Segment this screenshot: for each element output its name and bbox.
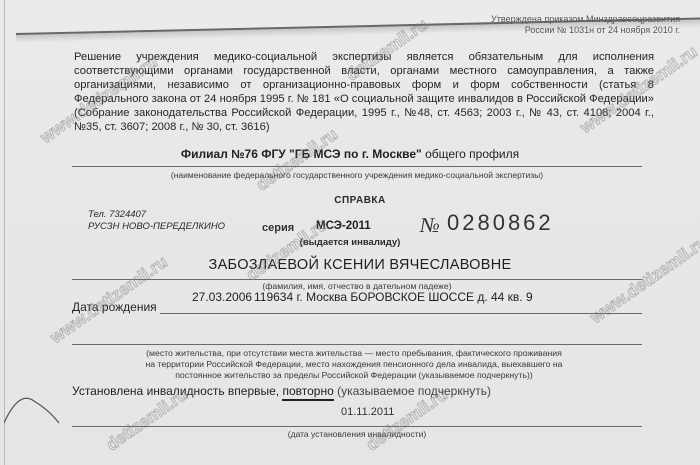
disability-date-rule (72, 426, 642, 427)
disability-date-caption: (дата установления инвалидности) (72, 429, 642, 439)
certificate-number: 0280862 (447, 210, 554, 236)
status-suffix: (указываемое подчеркнуть) (337, 384, 491, 398)
document-title: СПРАВКА (300, 195, 420, 206)
full-name-rule (72, 279, 642, 280)
institution-name-bold: Филиал №76 ФГУ "ГБ МСЭ по г. Москве" (181, 147, 422, 161)
residence-rule (72, 344, 642, 345)
stamp: Тел. 7324407 РУСЗН НОВО-ПЕРЕДЕЛКИНО (88, 209, 225, 233)
stamp-org: РУСЗН НОВО-ПЕРЕДЕЛКИНО (88, 221, 225, 233)
residence-caption-line-2: на территории Российской Федерации, мест… (88, 359, 620, 370)
institution-profile: общего профиля (425, 147, 519, 161)
address-value: 119634 г. Москва БОРОВСКОЕ ШОССЕ д. 44 к… (254, 290, 533, 304)
status-prefix: Установлена инвалидность впервые, (72, 384, 279, 398)
approval-note: Утверждена приказом Минздравсоцразвития … (480, 14, 680, 36)
series-label: серия (262, 222, 294, 234)
status-selected: повторно (282, 384, 333, 401)
preamble-text: Решение учреждения медико-социальной экс… (74, 50, 654, 134)
residence-caption-line-3: постоянное жительство за пределы Российс… (88, 370, 620, 381)
disability-date: 01.11.2011 (341, 406, 394, 418)
stamp-phone: Тел. 7324407 (88, 209, 225, 221)
number-sign: № (420, 213, 440, 238)
residence-caption: (место жительства, при отсутствии места … (88, 348, 620, 381)
full-name: ЗАБОЗЛАЕВОЙ КСЕНИИ ВЯЧЕСЛАВОВНЕ (120, 257, 600, 273)
dob-label: Дата рождения (72, 300, 157, 314)
issued-to-note: (выдается инвалиду) (250, 237, 450, 248)
dob-value: 27.03.2006 (192, 290, 252, 304)
approval-line-1: Утверждена приказом Минздравсоцразвития (480, 14, 680, 25)
residence-caption-line-1: (место жительства, при отсутствии места … (88, 348, 620, 359)
approval-line-2: России № 1031н от 24 ноября 2010 г. (480, 25, 680, 36)
institution-caption: (наименование федерального государственн… (72, 170, 642, 180)
institution-rule (72, 166, 642, 167)
institution-name: Филиал №76 ФГУ "ГБ МСЭ по г. Москве" общ… (90, 147, 610, 161)
document-page: Утверждена приказом Минздравсоцразвития … (0, 0, 700, 465)
series-value: МСЭ-2011 (316, 220, 371, 232)
dob-rule (160, 313, 642, 314)
page-curl-mark (4, 395, 64, 425)
disability-status: Установлена инвалидность впервые, повтор… (72, 384, 491, 398)
